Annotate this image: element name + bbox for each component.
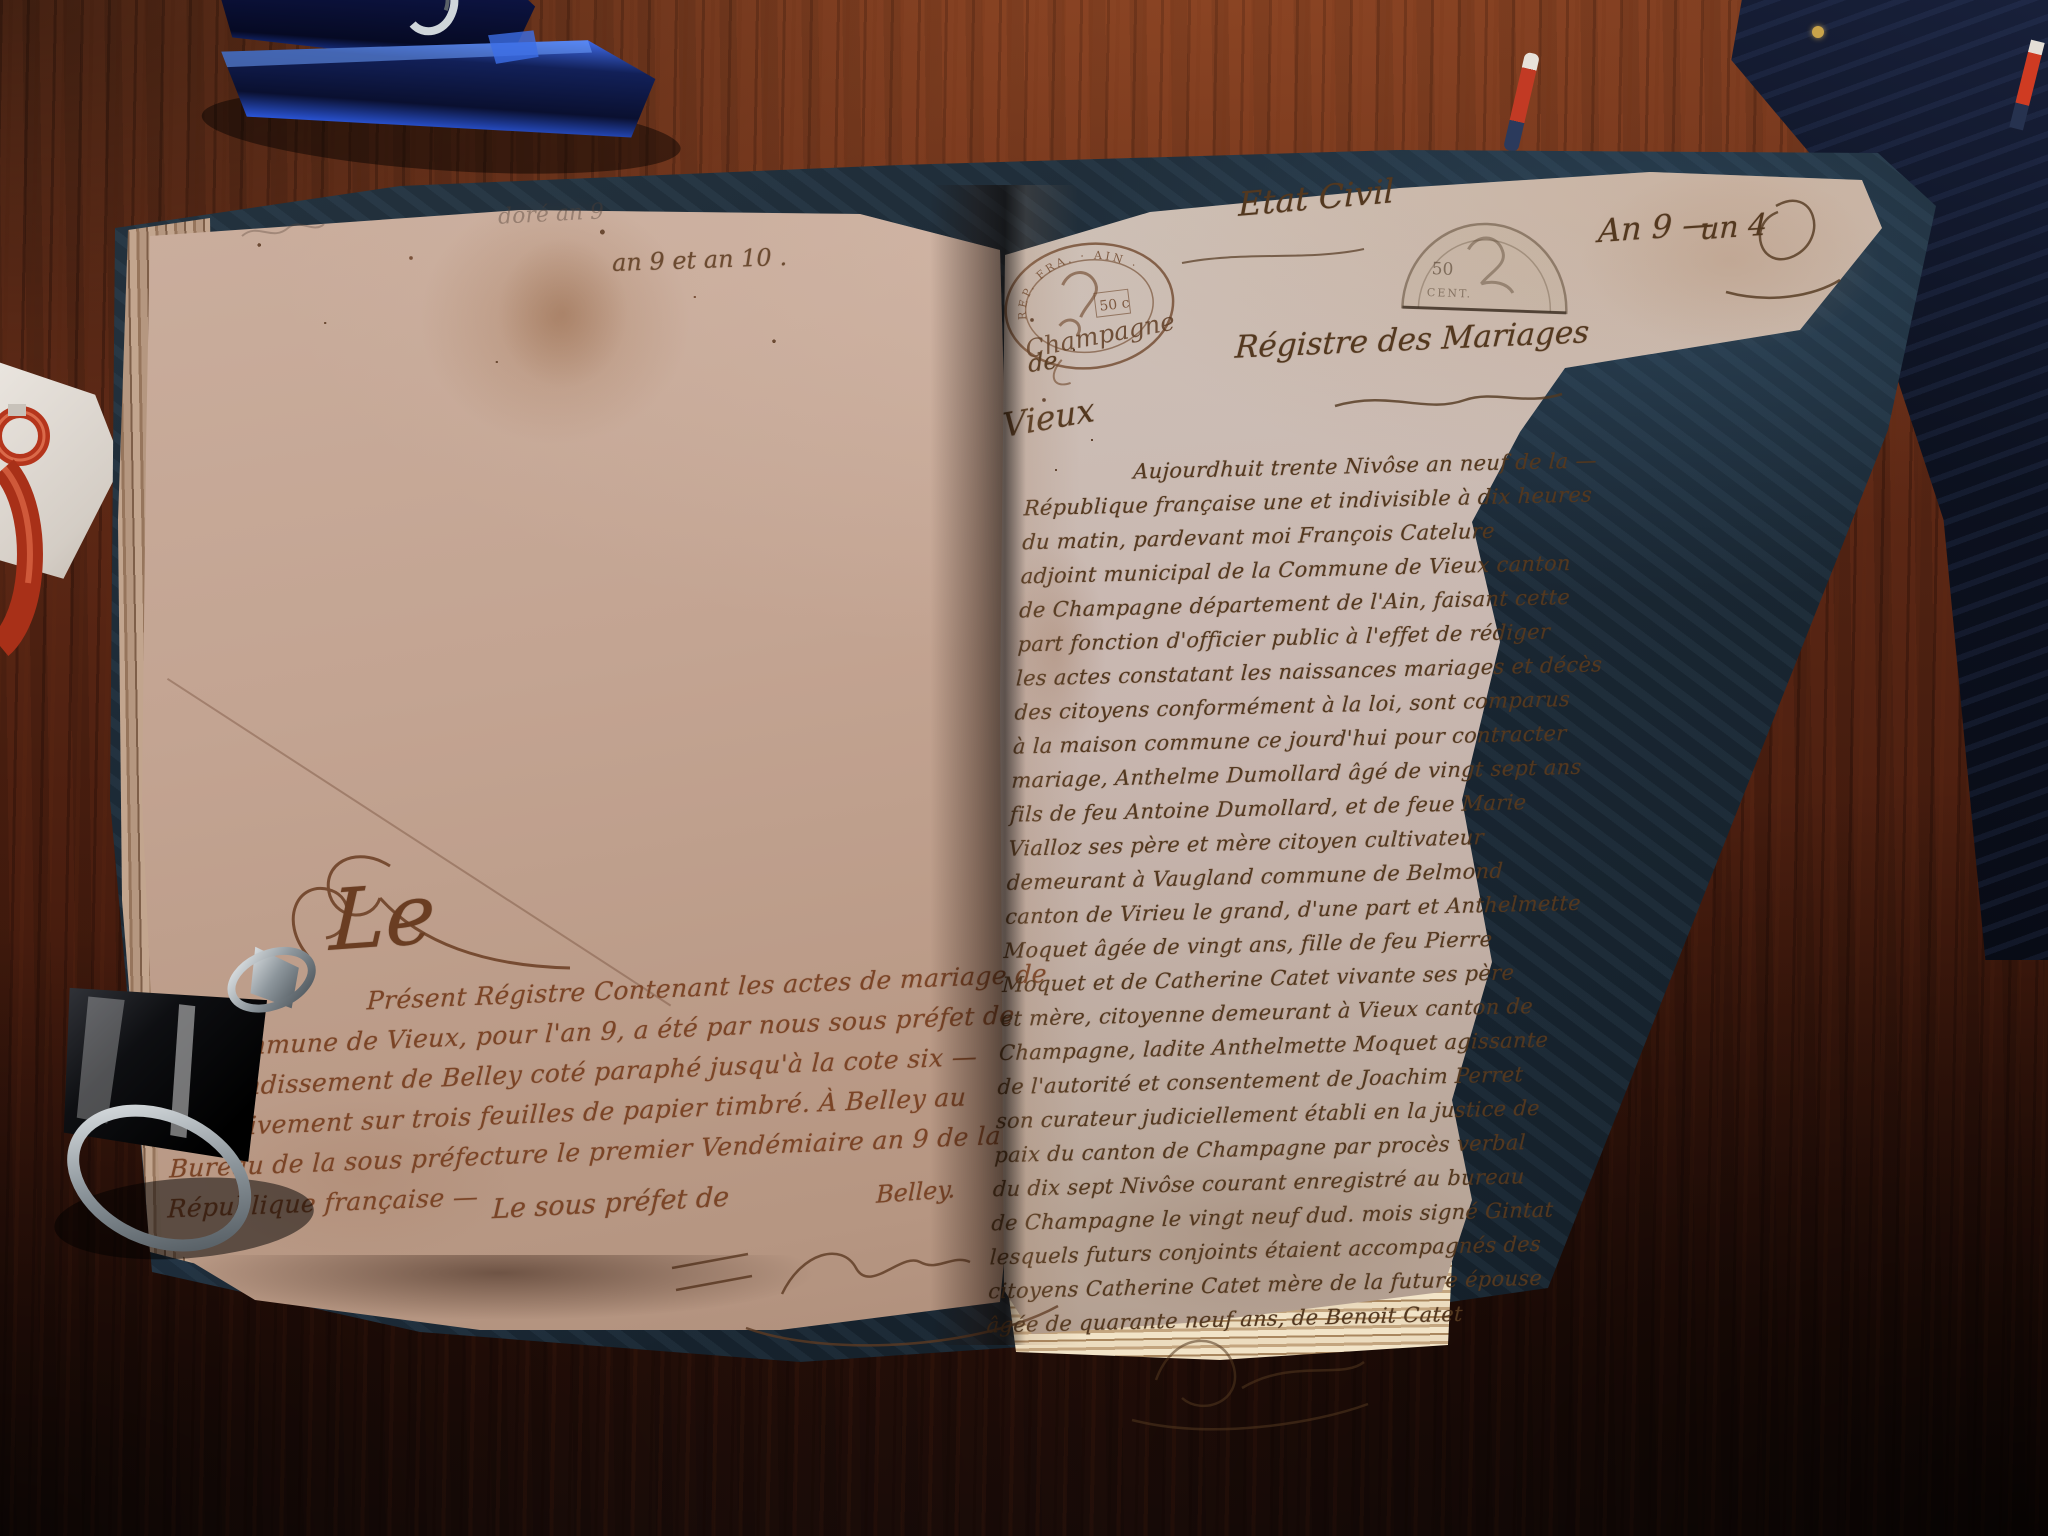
title-underline-flourish (1330, 388, 1570, 416)
binder-clip (25, 928, 347, 1278)
oval-stamp-value: 50 c (1099, 295, 1131, 315)
etat-civil-underline (1180, 246, 1370, 268)
register-body: Aujourdhuit trente Nivôse an neuf de la … (986, 446, 1506, 1343)
number-flourish (1718, 184, 1858, 314)
signoff-place: Belley. (876, 1175, 956, 1209)
embossed-stamp-graphic: 50 CENT. (1396, 207, 1576, 317)
embossed-stamp-value: 50 (1431, 259, 1453, 280)
red-zipper-pull (0, 398, 58, 658)
embossed-revenue-stamp: 50 CENT. (1396, 207, 1576, 317)
gold-button (1812, 26, 1824, 38)
embossed-stamp-unit: CENT. (1427, 286, 1473, 301)
pencil-squiggle (238, 212, 328, 252)
photo-of-open-register: doré an 9 an 9 et an 10 . Le Présent Rég… (0, 0, 2048, 1536)
margin-word-de: de (1027, 346, 1058, 378)
binder-clip-graphic (25, 928, 347, 1278)
paragraph-lead: Le (328, 864, 437, 970)
end-flourish (1110, 1318, 1390, 1438)
oval-ink-stamp: REP. FRA. · AIN · 50 c Champagne (992, 228, 1188, 395)
oval-stamp-graphic: REP. FRA. · AIN · 50 c Champagne (992, 228, 1188, 395)
red-zipper-graphic (0, 398, 58, 658)
